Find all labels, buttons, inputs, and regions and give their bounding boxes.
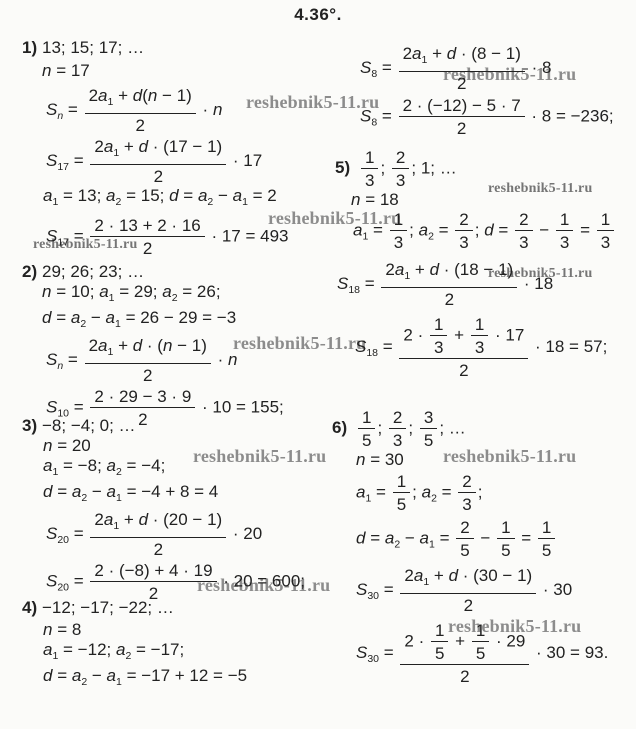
fraction-denominator: 3 bbox=[396, 169, 405, 190]
math-var: d bbox=[133, 86, 142, 105]
math-var: a bbox=[99, 282, 108, 301]
math-text: 3 bbox=[393, 431, 402, 450]
fraction-denominator: 2 bbox=[135, 114, 144, 135]
problem-label: 6) bbox=[332, 418, 347, 438]
math-line: n = 30 bbox=[356, 450, 608, 470]
math-text: −8; −4; 0; … bbox=[42, 416, 136, 435]
fraction-denominator: 3 bbox=[475, 336, 484, 357]
math-text: · 30 = 93. bbox=[531, 643, 608, 662]
math-var: S bbox=[360, 58, 371, 77]
math-text: 2 bbox=[393, 408, 402, 427]
math-text: · 18 bbox=[519, 274, 553, 293]
content-layer: 1)13; 15; 17; …n = 17Sn = 2a1 + d(n − 1)… bbox=[0, 0, 636, 729]
math-var: a bbox=[412, 44, 421, 63]
math-var: S bbox=[356, 580, 367, 599]
math-text: · 29 bbox=[491, 631, 525, 650]
math-text: = bbox=[63, 100, 82, 119]
fraction: 23 bbox=[515, 210, 532, 252]
math-var: a bbox=[104, 137, 113, 156]
math-text: − 1) bbox=[172, 336, 207, 355]
math-text: · (20 − 1) bbox=[148, 510, 222, 529]
math-text: = −17 + 12 = −5 bbox=[122, 666, 247, 685]
math-line: 13; 15; 17; … bbox=[42, 38, 289, 58]
fraction-numerator: 2 · (−12) − 5 · 7 bbox=[399, 96, 525, 117]
problem-3: 3)−8; −4; 0; …n = 20a1 = −8; a2 = −4;d =… bbox=[22, 416, 305, 603]
fraction: 2 · 13 + 2 · 162 bbox=[90, 216, 204, 258]
math-text: 3 bbox=[462, 495, 471, 514]
math-var: a bbox=[107, 482, 116, 501]
fraction: 13 bbox=[390, 210, 407, 252]
fraction: 25 bbox=[456, 518, 473, 560]
math-text: 2 bbox=[154, 540, 163, 559]
math-var: S bbox=[46, 524, 57, 543]
fraction-denominator: 5 bbox=[397, 493, 406, 514]
math-text: − bbox=[476, 528, 495, 547]
math-var: a bbox=[162, 282, 171, 301]
fraction-numerator: 1 bbox=[430, 315, 447, 336]
math-text: = bbox=[360, 274, 379, 293]
problem-label: 2) bbox=[22, 262, 37, 282]
math-text: 5 bbox=[424, 431, 433, 450]
math-line: S20 = 2 · (−8) + 4 · 192 · 20 = 600; bbox=[46, 561, 305, 603]
problem-label: 4) bbox=[22, 598, 37, 618]
math-var: a bbox=[395, 260, 404, 279]
math-text: − bbox=[213, 186, 232, 205]
fraction-numerator: 2a1 + d · (17 − 1) bbox=[90, 137, 226, 165]
math-text: = bbox=[494, 220, 513, 239]
math-line: S8 = 2a1 + d · (8 − 1)2 · 8 bbox=[360, 44, 614, 93]
math-subscript: 18 bbox=[366, 347, 378, 359]
math-text: = bbox=[377, 106, 396, 125]
math-text: · 17 bbox=[228, 151, 262, 170]
math-subscript: 17 bbox=[57, 161, 69, 173]
math-line: S18 = 2a1 + d · (18 − 1)2 · 18 bbox=[337, 260, 616, 309]
fraction: 13 bbox=[361, 148, 378, 190]
math-subscript: 30 bbox=[367, 653, 379, 665]
fraction-denominator: 3 bbox=[393, 429, 402, 450]
math-text: 3 bbox=[365, 171, 374, 190]
math-text: 2 · 29 − 3 · 9 bbox=[94, 387, 191, 406]
math-text: · (8 − 1) bbox=[456, 44, 521, 63]
math-text: ; bbox=[408, 418, 417, 437]
math-text: + bbox=[410, 260, 429, 279]
math-var: a bbox=[104, 510, 113, 529]
fraction-denominator: 5 bbox=[501, 539, 510, 560]
fraction-denominator: 3 bbox=[601, 231, 610, 252]
math-subscript: 17 bbox=[57, 236, 69, 248]
math-line: Sn = 2a1 + d · (n − 1)2 · n bbox=[46, 336, 284, 385]
math-text: = bbox=[437, 482, 456, 501]
math-var: d bbox=[484, 220, 493, 239]
math-line: S30 = 2 · 15 + 15 · 292 · 30 = 93. bbox=[356, 621, 608, 686]
math-text: · 17 = 493 bbox=[207, 226, 289, 245]
fraction-denominator: 3 bbox=[459, 231, 468, 252]
math-text: 2 · bbox=[404, 631, 429, 650]
math-text: = bbox=[517, 528, 536, 547]
math-text: = 17 bbox=[51, 61, 89, 80]
math-text: = bbox=[379, 643, 398, 662]
math-var: n bbox=[213, 100, 222, 119]
fraction-numerator: 1 bbox=[390, 210, 407, 231]
math-text: 2 bbox=[89, 86, 98, 105]
math-text: 5 bbox=[476, 644, 485, 663]
fraction-denominator: 2 bbox=[143, 364, 152, 385]
math-text: 2 bbox=[143, 366, 152, 385]
math-text: ; bbox=[412, 482, 421, 501]
fraction-numerator: 2a1 + d · (18 − 1) bbox=[381, 260, 517, 288]
math-var: a bbox=[107, 456, 116, 475]
math-text: 2 bbox=[459, 361, 468, 380]
math-text: = −4 + 8 = 4 bbox=[122, 482, 218, 501]
math-text: = 18 bbox=[360, 190, 398, 209]
math-text: 3 bbox=[424, 408, 433, 427]
math-text: = bbox=[179, 186, 198, 205]
math-text: 13; 15; 17; … bbox=[42, 38, 144, 57]
math-text: = bbox=[435, 528, 454, 547]
fraction: 23 bbox=[455, 210, 472, 252]
fraction-numerator: 2 bbox=[455, 210, 472, 231]
fraction: 13 bbox=[597, 210, 614, 252]
math-line: a1 = 15; a2 = 23; bbox=[356, 472, 608, 514]
math-text: ; bbox=[478, 482, 483, 501]
math-text: 2 bbox=[396, 148, 405, 167]
math-var: a bbox=[106, 308, 115, 327]
problem-label: 1) bbox=[22, 38, 37, 58]
math-text: = 10; bbox=[51, 282, 99, 301]
math-line: S20 = 2a1 + d · (20 − 1)2 · 20 bbox=[46, 510, 305, 559]
math-line: n = 8 bbox=[43, 620, 247, 640]
math-text: = −12; bbox=[58, 640, 116, 659]
math-var: d bbox=[139, 137, 148, 156]
math-text: 1 bbox=[501, 518, 510, 537]
math-text: 3 bbox=[434, 338, 443, 357]
math-text: = bbox=[378, 337, 397, 356]
fraction-numerator: 1 bbox=[556, 210, 573, 231]
math-text: 5 bbox=[362, 431, 371, 450]
math-var: n bbox=[148, 86, 157, 105]
fraction: 15 bbox=[538, 518, 555, 560]
math-text: 3 bbox=[519, 233, 528, 252]
math-text: ; bbox=[377, 418, 386, 437]
math-line: a1 = −8; a2 = −4; bbox=[43, 456, 305, 482]
math-text: 3 bbox=[560, 233, 569, 252]
math-text: = bbox=[69, 151, 88, 170]
math-text: · 8 bbox=[527, 58, 552, 77]
fraction: 2 · (−8) + 4 · 192 bbox=[90, 561, 216, 603]
fraction: 23 bbox=[392, 148, 409, 190]
math-line: S18 = 2 · 13 + 13 · 172 · 18 = 57; bbox=[355, 315, 616, 380]
fraction-numerator: 2a1 + d · (30 − 1) bbox=[400, 566, 536, 594]
math-text: · 30 bbox=[538, 580, 572, 599]
fraction-denominator: 5 bbox=[542, 539, 551, 560]
math-line: n = 17 bbox=[42, 61, 289, 81]
fraction-denominator: 5 bbox=[424, 429, 433, 450]
math-text: ; … bbox=[439, 418, 465, 437]
math-text: 2 bbox=[459, 210, 468, 229]
fraction-numerator: 1 bbox=[597, 210, 614, 231]
fraction: 15 bbox=[472, 621, 489, 663]
math-var: d bbox=[447, 44, 456, 63]
math-line: a1 = −12; a2 = −17; bbox=[43, 640, 247, 666]
math-line: n = 20 bbox=[43, 436, 305, 456]
fraction-numerator: 2 bbox=[392, 148, 409, 169]
fraction-numerator: 2a1 + d · (20 − 1) bbox=[90, 510, 226, 538]
math-text: ; 1; … bbox=[411, 158, 456, 177]
fraction-denominator: 2 bbox=[457, 72, 466, 93]
math-text: 2 bbox=[135, 116, 144, 135]
problem-1: 1)13; 15; 17; …n = 17Sn = 2a1 + d(n − 1)… bbox=[22, 38, 289, 258]
math-text: 5 bbox=[542, 541, 551, 560]
math-text: = 26 − 29 = −3 bbox=[121, 308, 236, 327]
fraction-numerator: 3 bbox=[420, 408, 437, 429]
problem-4-continued: S8 = 2a1 + d · (8 − 1)2 · 8S8 = 2 · (−12… bbox=[354, 44, 614, 138]
math-var: S bbox=[46, 100, 57, 119]
math-line: −8; −4; 0; … bbox=[42, 416, 305, 436]
math-text: = bbox=[575, 220, 594, 239]
math-text: 2 · (−8) + 4 · 19 bbox=[94, 561, 212, 580]
page-title: 4.36°. bbox=[0, 5, 636, 25]
math-text: + bbox=[119, 510, 138, 529]
fraction-numerator: 1 bbox=[472, 621, 489, 642]
math-text: · 17 bbox=[490, 325, 524, 344]
math-text: = bbox=[377, 58, 396, 77]
math-text: 2 bbox=[385, 260, 394, 279]
math-text: = −8; bbox=[58, 456, 106, 475]
math-text: 2 bbox=[404, 566, 413, 585]
fraction-numerator: 2 bbox=[456, 518, 473, 539]
fraction: 2a1 + d(n − 1)2 bbox=[85, 86, 196, 135]
math-text: ; bbox=[409, 220, 418, 239]
math-text: + bbox=[427, 44, 446, 63]
fraction-denominator: 2 bbox=[464, 594, 473, 615]
math-text: · bbox=[198, 100, 213, 119]
math-line: S17 = 2a1 + d · (17 − 1)2 · 17 bbox=[46, 137, 289, 186]
fraction: 2a1 + d · (20 − 1)2 bbox=[90, 510, 226, 559]
fraction: 35 bbox=[420, 408, 437, 450]
fraction: 2 · 15 + 15 · 292 bbox=[400, 621, 529, 686]
math-text: = 26; bbox=[178, 282, 221, 301]
math-text: 3 bbox=[475, 338, 484, 357]
math-var: S bbox=[356, 643, 367, 662]
math-text: + bbox=[119, 137, 138, 156]
fraction-numerator: 1 bbox=[471, 315, 488, 336]
math-var: a bbox=[107, 666, 116, 685]
math-line: S17 = 2 · 13 + 2 · 162 · 17 = 493 bbox=[46, 216, 289, 258]
math-text: ; bbox=[380, 158, 389, 177]
math-text: · 20 = 600; bbox=[219, 571, 305, 590]
math-text: · bbox=[213, 350, 228, 369]
fraction-numerator: 2 · 15 + 15 · 29 bbox=[400, 621, 529, 665]
math-text: 2 bbox=[464, 596, 473, 615]
math-text: = 15; bbox=[121, 186, 169, 205]
math-var: S bbox=[46, 397, 57, 416]
math-text: = −4; bbox=[122, 456, 165, 475]
fraction-numerator: 2 · (−8) + 4 · 19 bbox=[90, 561, 216, 582]
fraction-numerator: 2a1 + d(n − 1) bbox=[85, 86, 196, 114]
math-text: − bbox=[86, 308, 105, 327]
math-text: = bbox=[69, 571, 88, 590]
math-text: · 18 = 57; bbox=[530, 337, 607, 356]
fraction-numerator: 1 bbox=[538, 518, 555, 539]
math-text: = bbox=[69, 397, 88, 416]
fraction-denominator: 3 bbox=[365, 169, 374, 190]
math-text: 2 bbox=[457, 119, 466, 138]
math-text: 5 bbox=[397, 495, 406, 514]
math-text: 1 bbox=[542, 518, 551, 537]
fraction-numerator: 2 bbox=[515, 210, 532, 231]
math-text: 2 bbox=[462, 472, 471, 491]
math-line: 15; 23; 35; … bbox=[356, 408, 608, 450]
fraction: 2a1 + d · (n − 1)2 bbox=[85, 336, 211, 385]
fraction-numerator: 1 bbox=[393, 472, 410, 493]
math-text: − bbox=[535, 220, 554, 239]
math-text: 2 bbox=[457, 74, 466, 93]
math-text: 2 · bbox=[403, 325, 428, 344]
math-var: d bbox=[133, 336, 142, 355]
math-text: = bbox=[69, 524, 88, 543]
math-text: = 20 bbox=[52, 436, 90, 455]
problem-label: 5) bbox=[335, 158, 350, 178]
math-text: 2 bbox=[154, 167, 163, 186]
math-subscript: 30 bbox=[367, 590, 379, 602]
fraction-denominator: 3 bbox=[560, 231, 569, 252]
fraction-numerator: 2 · 13 + 13 · 17 bbox=[399, 315, 528, 359]
math-line: n = 18 bbox=[351, 190, 616, 210]
math-text: 2 bbox=[143, 239, 152, 258]
math-text: · 8 = −236; bbox=[527, 106, 614, 125]
math-text: · (18 − 1) bbox=[439, 260, 513, 279]
math-line: S30 = 2a1 + d · (30 − 1)2 · 30 bbox=[356, 566, 608, 615]
math-var: d bbox=[169, 186, 178, 205]
fraction: 2 · 13 + 13 · 172 bbox=[399, 315, 528, 380]
math-text: · 10 = 155; bbox=[197, 397, 283, 416]
math-text: 1 bbox=[476, 621, 485, 640]
math-line: a1 = 13; a2 = 23; d = 23 − 13 = 13 bbox=[353, 210, 616, 252]
math-text: = bbox=[69, 226, 88, 245]
math-var: a bbox=[233, 186, 242, 205]
fraction-denominator: 5 bbox=[460, 539, 469, 560]
math-text: + bbox=[113, 86, 132, 105]
fraction-denominator: 5 bbox=[435, 642, 444, 663]
fraction: 13 bbox=[430, 315, 447, 357]
math-text: 1 bbox=[397, 472, 406, 491]
math-var: a bbox=[72, 482, 81, 501]
math-line: 29; 26; 23; … bbox=[42, 262, 284, 282]
math-var: a bbox=[420, 528, 429, 547]
math-text: 2 bbox=[519, 210, 528, 229]
scanned-page: 4.36°. reshebnik5-11.rureshebnik5-11.rur… bbox=[0, 0, 636, 729]
math-var: d bbox=[449, 566, 458, 585]
fraction-denominator: 3 bbox=[519, 231, 528, 252]
math-var: a bbox=[98, 86, 107, 105]
math-text: 1 bbox=[601, 210, 610, 229]
math-text: · 20 bbox=[228, 524, 262, 543]
math-text: 3 bbox=[394, 233, 403, 252]
math-var: S bbox=[46, 350, 57, 369]
math-text: − bbox=[87, 666, 106, 685]
math-text: 5 bbox=[501, 541, 510, 560]
math-text: = bbox=[434, 220, 453, 239]
math-text: 1 bbox=[365, 148, 374, 167]
fraction: 2a1 + d · (30 − 1)2 bbox=[400, 566, 536, 615]
math-text: = bbox=[51, 308, 70, 327]
fraction: 23 bbox=[389, 408, 406, 450]
fraction: 15 bbox=[497, 518, 514, 560]
math-subscript: 20 bbox=[57, 581, 69, 593]
fraction-denominator: 2 bbox=[460, 665, 469, 686]
math-text: 1 bbox=[362, 408, 371, 427]
math-line: d = a2 − a1 = −17 + 12 = −5 bbox=[43, 666, 247, 692]
fraction: 23 bbox=[458, 472, 475, 514]
fraction-denominator: 3 bbox=[394, 231, 403, 252]
math-text: = bbox=[368, 220, 387, 239]
math-subscript: 20 bbox=[57, 534, 69, 546]
fraction-numerator: 1 bbox=[361, 148, 378, 169]
fraction: 15 bbox=[393, 472, 410, 514]
math-line: −12; −17; −22; … bbox=[42, 598, 247, 618]
math-var: d bbox=[139, 510, 148, 529]
math-text: 1 bbox=[475, 315, 484, 334]
math-text: 29; 26; 23; … bbox=[42, 262, 144, 281]
math-text: 1 bbox=[560, 210, 569, 229]
math-var: S bbox=[360, 106, 371, 125]
math-line: 13; 23; 1; … bbox=[359, 148, 616, 190]
math-text: 2 · (−12) − 5 · 7 bbox=[403, 96, 521, 115]
fraction: 2a1 + d · (17 − 1)2 bbox=[90, 137, 226, 186]
math-var: S bbox=[337, 274, 348, 293]
math-text: 1 bbox=[434, 315, 443, 334]
math-var: S bbox=[46, 226, 57, 245]
math-text: − 1) bbox=[157, 86, 192, 105]
math-text: 3 bbox=[601, 233, 610, 252]
math-line: d = a2 − a1 = −4 + 8 = 4 bbox=[43, 482, 305, 508]
fraction-denominator: 2 bbox=[445, 288, 454, 309]
math-text: = bbox=[365, 528, 384, 547]
math-line: a1 = 13; a2 = 15; d = a2 − a1 = 2 bbox=[43, 186, 289, 212]
fraction-denominator: 5 bbox=[476, 642, 485, 663]
math-line: Sn = 2a1 + d(n − 1)2 · n bbox=[46, 86, 289, 135]
math-var: S bbox=[355, 337, 366, 356]
fraction: 2a1 + d · (8 − 1)2 bbox=[399, 44, 525, 93]
problem-label: 3) bbox=[22, 416, 37, 436]
fraction-numerator: 2 bbox=[389, 408, 406, 429]
math-text: = bbox=[52, 482, 71, 501]
fraction-denominator: 5 bbox=[362, 429, 371, 450]
fraction-denominator: 2 bbox=[154, 165, 163, 186]
math-text: = bbox=[63, 350, 82, 369]
math-line: d = a2 − a1 = 25 − 15 = 15 bbox=[356, 518, 608, 560]
math-text: · ( bbox=[142, 336, 163, 355]
math-text: + bbox=[113, 336, 132, 355]
math-subscript: 18 bbox=[348, 284, 360, 296]
math-text: = 30 bbox=[365, 450, 403, 469]
problem-2: 2)29; 26; 23; …n = 10; a1 = 29; a2 = 26;… bbox=[22, 262, 284, 429]
fraction-numerator: 2 · 13 + 2 · 16 bbox=[90, 216, 204, 237]
math-var: d bbox=[430, 260, 439, 279]
math-var: a bbox=[106, 186, 115, 205]
math-text: + bbox=[429, 566, 448, 585]
fraction-numerator: 2 · 29 − 3 · 9 bbox=[90, 387, 195, 408]
math-text: 2 bbox=[94, 137, 103, 156]
fraction-denominator: 3 bbox=[462, 493, 471, 514]
math-text: − bbox=[400, 528, 419, 547]
fraction: 2a1 + d · (18 − 1)2 bbox=[381, 260, 517, 309]
math-var: a bbox=[72, 666, 81, 685]
math-text: = 29; bbox=[115, 282, 163, 301]
math-var: S bbox=[46, 151, 57, 170]
math-text: = 2 bbox=[248, 186, 277, 205]
math-var: a bbox=[198, 186, 207, 205]
